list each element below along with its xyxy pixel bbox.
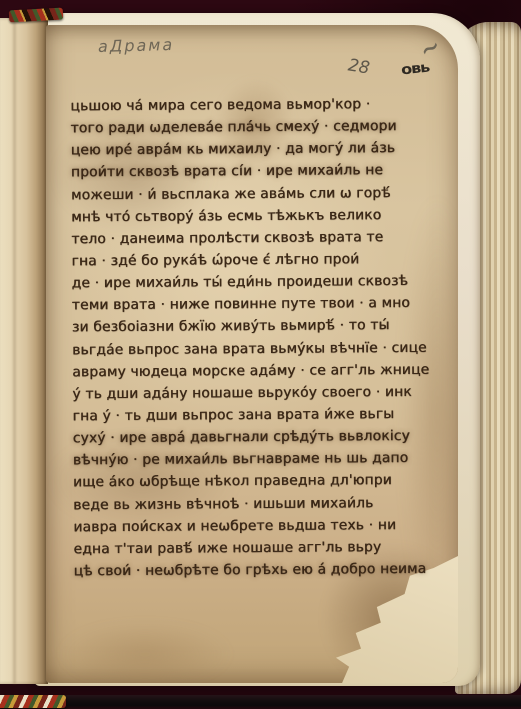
stain-bottom-left: [60, 623, 230, 683]
manuscript-page: цьшою ча́ мира сего ведома вьмор'кор · т…: [46, 25, 458, 683]
manuscript-photo: цьшою ча́ мира сего ведома вьмор'кор · т…: [0, 0, 521, 709]
folio-number: 28: [347, 55, 372, 78]
text-line: цею ире́ авра́м кь михаилу · да могу́ ли…: [71, 140, 449, 165]
text-line: гна · зде́ бо рука́ѣ ѡ́роче є́ лѣгно про…: [71, 251, 449, 276]
text-line: вьгда́е вьпрос зана врата вьму́кы вѣчнїе…: [72, 339, 450, 364]
text-line: тело · данеима пролѣсти сквозѣ врата те: [71, 229, 449, 254]
text-line: прои́ти сквозѣ врата сі́и · ире михаи́ль…: [71, 162, 449, 187]
book-bottom-edge: [58, 695, 521, 709]
text-line: ище а́ко ѡбрѣще нѣкол праведна дл'юпри: [73, 472, 451, 497]
text-line: зи безбоіазни бжїю живу́ть вьмирѣ́ · то …: [72, 317, 450, 342]
text-line: цѣ свои́ · неѡбрѣте бо грѣхь ею а́ добро…: [74, 561, 452, 586]
text-line: гна у́ · ть дши вьпрос зана врата и́же в…: [72, 406, 450, 431]
text-line: у́ ть дши ада́ну ношаше вьруко́у своего …: [72, 384, 450, 409]
text-line: де · ире михаи́ль ты́ еди́нь проидеши ск…: [72, 273, 450, 298]
text-line: веде вь жизнь вѣчноѣ · ишьши михаи́ль: [73, 494, 451, 519]
text-line: теми врата · ниже повинне путе твои · а …: [72, 295, 450, 320]
text-line: една т'таи равѣ́ иже ношаше агг'ль вьру: [73, 538, 451, 563]
text-line: иавра пои́сках и неѡбрете вьдша техь · н…: [73, 516, 451, 541]
text-line: цьшою ча́ мира сего ведома вьмор'кор ·: [70, 96, 448, 121]
gutter-fold-line: [13, 18, 16, 684]
pencil-inscription: аДрама: [98, 35, 175, 56]
text-line: вѣчну́ю · ре михаи́ль вьгнавраме нь шь д…: [73, 450, 451, 475]
text-block: цьшою ча́ мира сего ведома вьмор'кор · т…: [70, 96, 451, 586]
text-line: авраму чюдеца морске ада́му · се агг'ль …: [72, 361, 450, 386]
text-line: можеши · и́ вьсплака же ава́мь сли ѡ гор…: [71, 184, 449, 209]
endband-bottom: [0, 695, 66, 708]
text-line: того ради ѡделева́е пла́чь смеху́ · седм…: [70, 118, 448, 143]
facing-page-edge: [0, 18, 48, 684]
text-line: суху́ · ире авра́ давьгнали срѣду́ть вьв…: [73, 428, 451, 453]
text-line: мнѣ что́ сьтвору́ а́зь есмь тѣжькъ велик…: [71, 206, 449, 231]
